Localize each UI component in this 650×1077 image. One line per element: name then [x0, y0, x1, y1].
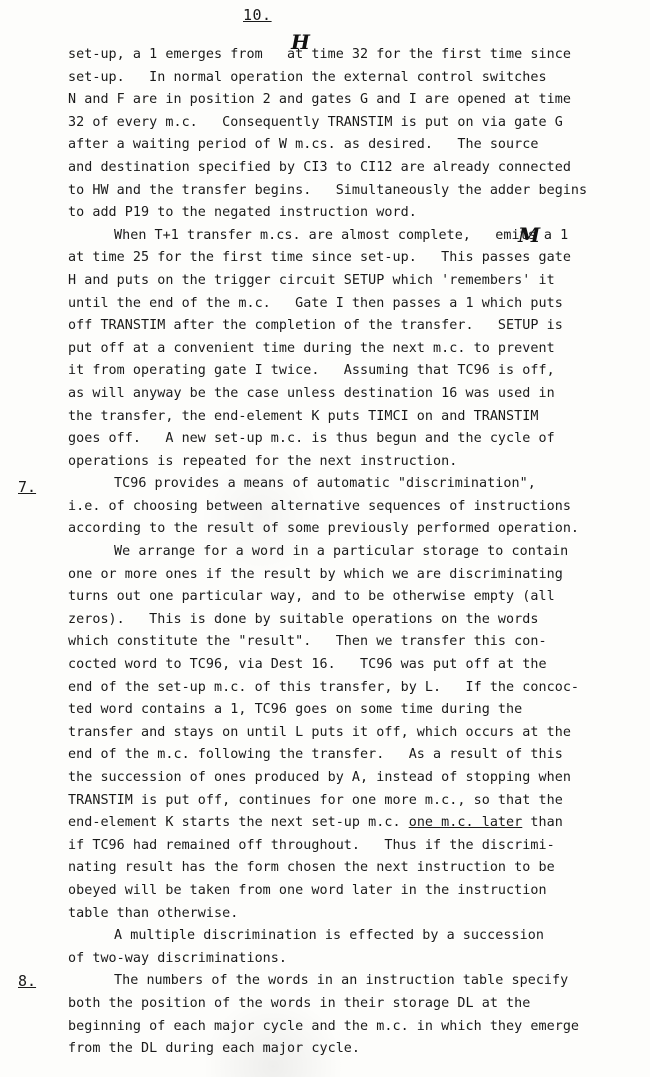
text-line: ted word contains a 1, TC96 goes on some… [68, 699, 648, 722]
text-line: one or more ones if the result by which … [68, 564, 648, 587]
section-marker-7: 7. [18, 478, 36, 496]
text-line: H and puts on the trigger circuit SETUP … [68, 270, 648, 293]
text-line: both the position of the words in their … [68, 993, 648, 1016]
text-line: nating result has the form chosen the ne… [68, 857, 648, 880]
text-line: table than otherwise. [68, 903, 648, 926]
text-line: obeyed will be taken from one word later… [68, 880, 648, 903]
document-page: 10. H M 7. 8. set-up, a 1 emerges from a… [0, 0, 650, 1077]
text-line: set-up. In normal operation the external… [68, 67, 648, 90]
body-text: set-up, a 1 emerges from at time 32 for … [68, 44, 648, 1061]
text-line: after a waiting period of W m.cs. as des… [68, 134, 648, 157]
page-number: 10. [243, 6, 272, 24]
text-line: transfer and stays on until L puts it of… [68, 722, 648, 745]
paragraph-start: When T+1 transfer m.cs. are almost compl… [68, 225, 648, 248]
text-line: set-up, a 1 emerges from at time 32 for … [68, 44, 648, 67]
text-line: of two-way discriminations. [68, 948, 648, 971]
text-line: beginning of each major cycle and the m.… [68, 1016, 648, 1039]
text-line: TRANSTIM is put off, continues for one m… [68, 790, 648, 813]
text-line: to add P19 to the negated instruction wo… [68, 202, 648, 225]
text-line: put off at a convenient time during the … [68, 338, 648, 361]
text-line: and destination specified by CI3 to CI12… [68, 157, 648, 180]
text-line: the transfer, the end-element K puts TIM… [68, 406, 648, 429]
paragraph-start: We arrange for a word in a particular st… [68, 541, 648, 564]
text-line: off TRANSTIM after the completion of the… [68, 315, 648, 338]
text-line: i.e. of choosing between alternative seq… [68, 496, 648, 519]
text-line: if TC96 had remained off throughout. Thu… [68, 835, 648, 858]
section-marker-8: 8. [18, 972, 36, 990]
text-line: it from operating gate I twice. Assuming… [68, 360, 648, 383]
text-line: goes off. A new set-up m.c. is thus begu… [68, 428, 648, 451]
text-segment: than [522, 815, 563, 830]
text-line: operations is repeated for the next inst… [68, 451, 648, 474]
text-segment: end-element K starts the next set-up m.c… [68, 815, 409, 830]
text-line: at time 25 for the first time since set-… [68, 247, 648, 270]
text-line: according to the result of some previous… [68, 518, 648, 541]
text-line: as will anyway be the case unless destin… [68, 383, 648, 406]
text-line: turns out one particular way, and to be … [68, 586, 648, 609]
text-line: which constitute the "result". Then we t… [68, 631, 648, 654]
text-line: N and F are in position 2 and gates G an… [68, 89, 648, 112]
paragraph-start: TC96 provides a means of automatic "disc… [68, 473, 648, 496]
text-line: end of the m.c. following the transfer. … [68, 744, 648, 767]
text-line-with-underline: end-element K starts the next set-up m.c… [68, 812, 648, 835]
text-line: until the end of the m.c. Gate I then pa… [68, 293, 648, 316]
text-line: cocted word to TC96, via Dest 16. TC96 w… [68, 654, 648, 677]
text-line: to HW and the transfer begins. Simultane… [68, 180, 648, 203]
underlined-phrase: one m.c. later [409, 815, 523, 830]
text-line: zeros). This is done by suitable operati… [68, 609, 648, 632]
text-line: end of the set-up m.c. of this transfer,… [68, 677, 648, 700]
text-line: the succession of ones produced by A, in… [68, 767, 648, 790]
text-line: from the DL during each major cycle. [68, 1038, 648, 1061]
paragraph-start: A multiple discrimination is effected by… [68, 925, 648, 948]
paragraph-start: The numbers of the words in an instructi… [68, 970, 648, 993]
text-line: 32 of every m.c. Consequently TRANSTIM i… [68, 112, 648, 135]
